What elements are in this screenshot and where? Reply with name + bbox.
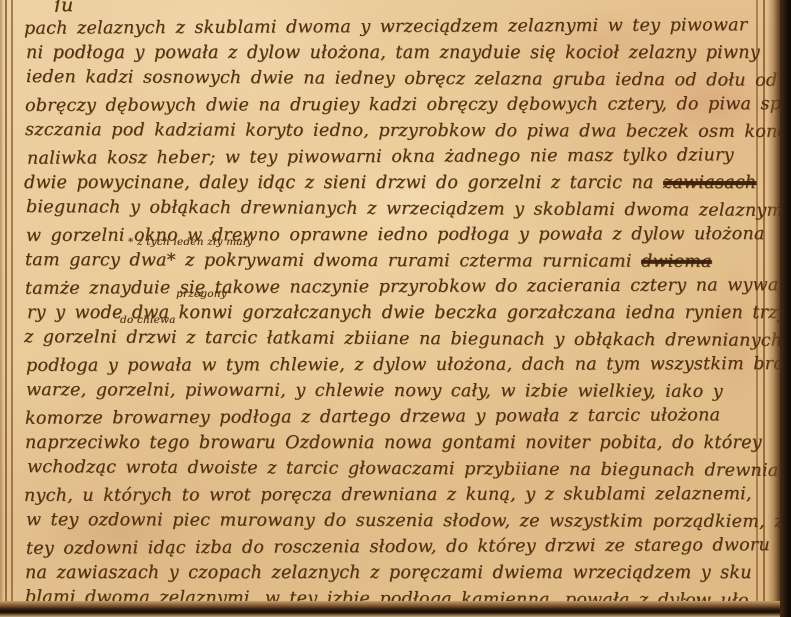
manuscript-line: z gorzelni drzwi z tarcic łatkami zbiian… (24, 324, 782, 354)
manuscript-line: tey ozdowni idąc izba do rosczenia słodo… (26, 532, 770, 562)
manuscript-scan: { "document": { "kind": "handwritten man… (0, 0, 791, 617)
manuscript-line: ni podłoga y powała z dylow ułożona, tam… (26, 40, 760, 66)
manuscript-line: szczania pod kadziami koryto iedno, przy… (25, 117, 791, 145)
line-text: szczania pod kadziami koryto iedno, przy… (25, 120, 791, 142)
line-text: komorze browarney podłoga z dartego drze… (25, 405, 720, 428)
line-text: dwie powycinane, daley idąc z sieni drzw… (24, 173, 663, 193)
line-text: pach zelaznych z skublami dwoma y wrzeci… (24, 15, 748, 39)
manuscript-line: tam garcy dwa* z pokrywami dwoma rurami … (25, 247, 712, 275)
line-text: biegunach y obłąkach drewnianych z wrzec… (26, 197, 789, 221)
interlinear-note: przegony (176, 289, 227, 300)
line-text: ieden kadzi sosnowych dwie na iedney obr… (26, 67, 791, 91)
manuscript-line: komorze browarney podłoga z dartego drze… (25, 402, 720, 431)
manuscript-line: tamże znayduie się takowe naczynie przyr… (25, 272, 779, 302)
interlinear-note: * z tych ieden zły mały (128, 237, 253, 248)
line-text: nych, u których to wrot poręcza drewnian… (24, 484, 752, 506)
line-text: tam garcy dwa* z pokrywami dwoma rurami … (25, 250, 641, 272)
line-text: tey ozdowni idąc izba do rosczenia słodo… (26, 535, 770, 559)
manuscript-line: naliwka kosz heber; w tey piwowarni okna… (27, 142, 734, 171)
manuscript-line: warze, gorzelni, piwowarni, y chlewie no… (26, 377, 723, 405)
book-page-edge-right (767, 0, 791, 617)
manuscript-line: ieden kadzi sosnowych dwie na iedney obr… (26, 64, 791, 94)
line-text: ni podłoga y powała z dylow ułożona, tam… (26, 43, 760, 63)
line-text: na zawiaszach y czopach zelaznych z porę… (25, 563, 752, 583)
margin-rule-left-outer (5, 0, 7, 607)
line-text: obręczy dębowych dwie na drugiey kadzi o… (25, 94, 791, 116)
cut-off-line-fragment: ſu (54, 0, 73, 12)
struck-through-word: dwiema (641, 252, 712, 272)
struck-through-word: zawiasach (663, 173, 756, 193)
manuscript-line: pach zelaznych z skublami dwoma y wrzeci… (24, 12, 748, 42)
line-text: naprzeciwko tego browaru Ozdownia nowa g… (25, 433, 762, 453)
manuscript-line: wchodząc wrota dwoiste z tarcic głowacza… (27, 454, 779, 484)
manuscript-line: na zawiaszach y czopach zelaznych z porę… (25, 560, 752, 586)
line-text: tamże znayduie się takowe naczynie przyr… (25, 275, 779, 299)
line-text: z gorzelni drzwi z tarcic łatkami zbiian… (24, 327, 782, 351)
manuscript-line: podłoga y powała w tym chlewie, z dylow … (26, 351, 784, 379)
manuscript-line: dwie powycinane, daley idąc z sieni drzw… (24, 170, 756, 196)
manuscript-page: ſu pach zelaznych z skublami dwoma y wrz… (0, 0, 780, 607)
line-text: w tey ozdowni piec murowany do suszenia … (26, 510, 784, 532)
interlinear-note: do chlewa (120, 315, 176, 326)
line-text: podłoga y powała w tym chlewie, z dylow … (26, 354, 784, 376)
book-page-edge-bottom (0, 601, 780, 617)
margin-rule-left-inner (11, 0, 13, 607)
manuscript-line: obręczy dębowych dwie na drugiey kadzi o… (25, 91, 791, 119)
line-text: naliwka kosz heber; w tey piwowarni okna… (27, 145, 734, 168)
line-text: wchodząc wrota dwoiste z tarcic głowacza… (27, 457, 779, 481)
left-edge-shadow (0, 0, 4, 607)
manuscript-line: w tey ozdowni piec murowany do suszenia … (26, 507, 784, 535)
manuscript-line: naprzeciwko tego browaru Ozdownia nowa g… (25, 430, 762, 456)
line-text: warze, gorzelni, piwowarni, y chlewie no… (26, 380, 723, 402)
manuscript-line: biegunach y obłąkach drewnianych z wrzec… (26, 194, 789, 224)
handwritten-text-block: ſu pach zelaznych z skublami dwoma y wrz… (24, 6, 758, 602)
manuscript-line: nych, u których to wrot poręcza drewnian… (24, 481, 752, 509)
